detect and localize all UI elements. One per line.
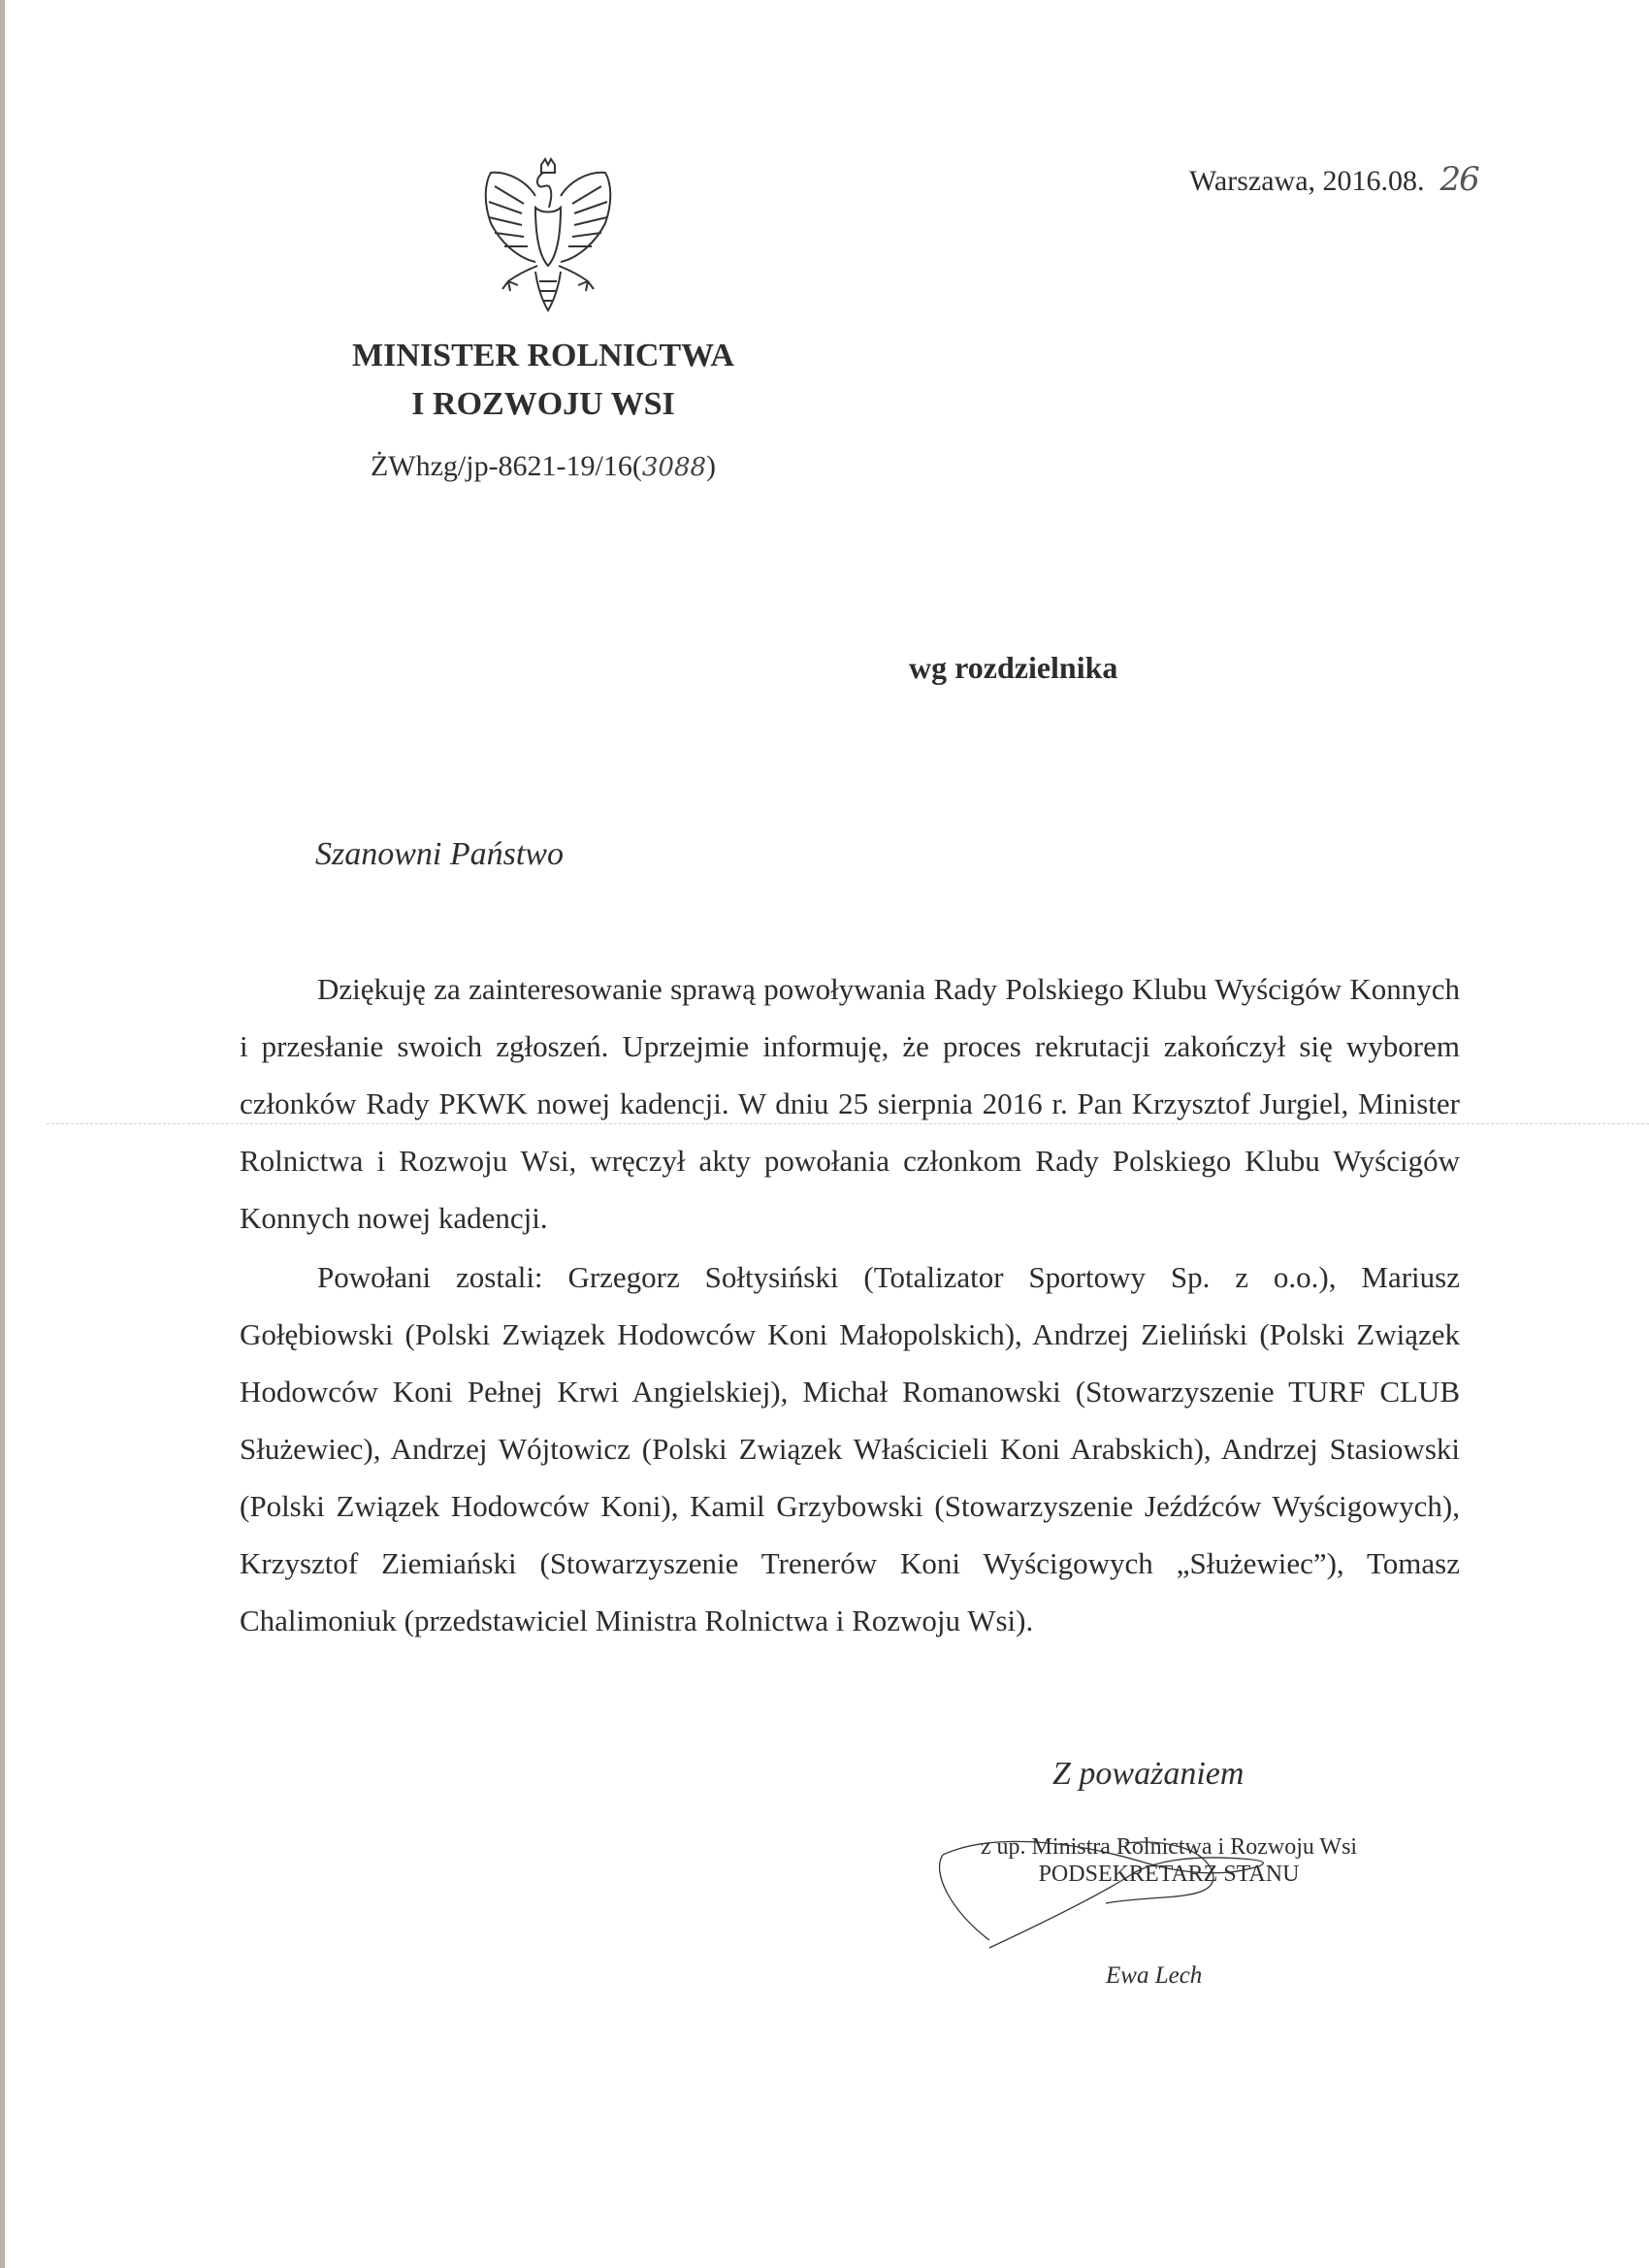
closing: Z poważaniem	[1052, 1756, 1244, 1793]
issuer-heading: MINISTER ROLNICTWA I ROZWOJU WSI	[291, 332, 795, 429]
issuer-line-1: MINISTER ROLNICTWA	[291, 332, 795, 380]
handwritten-day: 26	[1440, 160, 1478, 199]
reference-number: ŻWhzg/jp-8621-19/16(3088)	[291, 450, 795, 483]
body-paragraph: Dziękuję za zainteresowanie sprawą powoł…	[240, 960, 1460, 1247]
place-and-date: Warszawa, 2016.08.26	[1189, 160, 1478, 199]
recipient: wg rozdzielnika	[909, 650, 1117, 686]
signer-name: Ewa Lech	[1106, 1962, 1202, 1990]
reference-printed: ŻWhzg/jp-8621-19/16(	[371, 450, 642, 482]
reference-handwritten: 3088	[642, 453, 706, 482]
salutation: Szanowni Państwo	[315, 836, 564, 873]
reference-close: )	[706, 450, 716, 482]
scan-edge	[0, 0, 5, 2268]
issuer-line-2: I ROZWOJU WSI	[291, 380, 795, 429]
signature-authority: z up. Ministra Rolnictwa i Rozwoju Wsi	[941, 1833, 1397, 1861]
signature-title: PODSEKRETARZ STANU	[941, 1861, 1397, 1888]
place-date-printed: Warszawa, 2016.08.	[1189, 165, 1425, 197]
letter-body: Dziękuję za zainteresowanie sprawą powoł…	[240, 960, 1460, 1649]
body-paragraph: Powołani zostali: Grzegorz Sołtysiński (…	[240, 1248, 1460, 1649]
polish-eagle-emblem-icon	[475, 157, 621, 322]
signature-block: z up. Ministra Rolnictwa i Rozwoju Wsi P…	[941, 1833, 1397, 1888]
